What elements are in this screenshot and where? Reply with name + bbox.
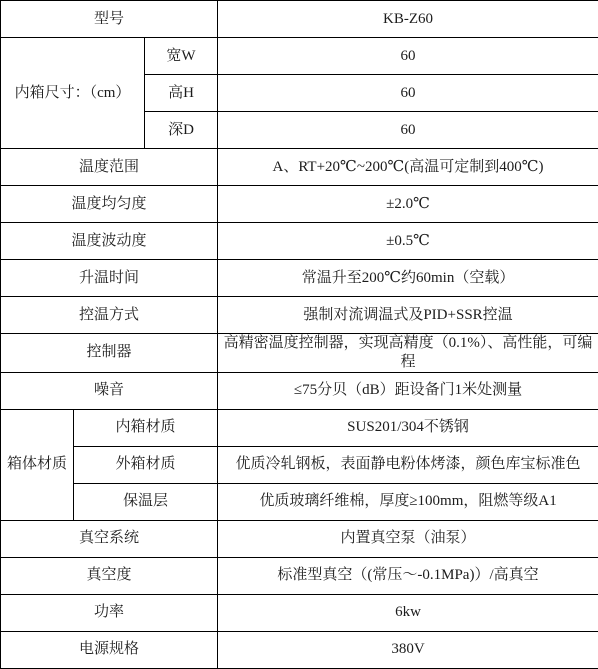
vacuum-degree-label: 真空度 bbox=[1, 557, 218, 594]
vacuum-system-label: 真空系统 bbox=[1, 520, 218, 557]
spec-row-outer-material: 外箱材质 优质冷轧钢板，表面静电粉体烤漆，颜色库宝标准色 bbox=[1, 446, 598, 483]
spec-table: 型号 KB-Z60 内箱尺寸：（cm） 宽W 60 高H 60 深D 60 温度… bbox=[0, 0, 598, 669]
vacuum-degree-value: 标准型真空（(常压～-0.1MPa)）/高真空 bbox=[218, 557, 598, 594]
model-value: KB-Z60 bbox=[218, 1, 598, 38]
temp-range-label: 温度范围 bbox=[1, 149, 218, 186]
spec-row-inner-material: 箱体材质 内箱材质 SUS201/304不锈钢 bbox=[1, 409, 598, 446]
dim-width-label: 宽W bbox=[145, 38, 218, 75]
inner-material-value: SUS201/304不锈钢 bbox=[218, 409, 598, 446]
controller-label: 控制器 bbox=[1, 334, 218, 373]
power-label: 功率 bbox=[1, 594, 218, 631]
temp-uniformity-value: ±2.0℃ bbox=[218, 186, 598, 223]
model-label: 型号 bbox=[1, 1, 218, 38]
spec-row-inner-size-width: 内箱尺寸：（cm） 宽W 60 bbox=[1, 38, 598, 75]
heatup-time-label: 升温时间 bbox=[1, 260, 218, 297]
body-material-label: 箱体材质 bbox=[1, 409, 74, 520]
spec-row-vacuum-degree: 真空度 标准型真空（(常压～-0.1MPa)）/高真空 bbox=[1, 557, 598, 594]
heatup-time-value: 常温升至200℃约60min（空载） bbox=[218, 260, 598, 297]
spec-row-heatup-time: 升温时间 常温升至200℃约60min（空载） bbox=[1, 260, 598, 297]
dim-width-value: 60 bbox=[218, 38, 598, 75]
temp-fluctuation-value: ±0.5℃ bbox=[218, 223, 598, 260]
spec-row-noise: 噪音 ≤75分贝（dB）距设备门1米处测量 bbox=[1, 372, 598, 409]
temp-fluctuation-label: 温度波动度 bbox=[1, 223, 218, 260]
outer-material-label: 外箱材质 bbox=[74, 446, 218, 483]
control-method-value: 强制对流调温式及PID+SSR控温 bbox=[218, 297, 598, 334]
insulation-label: 保温层 bbox=[74, 483, 218, 520]
dim-height-label: 高H bbox=[145, 75, 218, 112]
spec-row-controller: 控制器 高精密温度控制器，实现高精度（0.1%）、高性能，可编程 bbox=[1, 334, 598, 373]
power-supply-label: 电源规格 bbox=[1, 631, 218, 668]
spec-row-insulation: 保温层 优质玻璃纤维棉，厚度≥100mm，阻燃等级A1 bbox=[1, 483, 598, 520]
noise-label: 噪音 bbox=[1, 372, 218, 409]
dim-depth-label: 深D bbox=[145, 112, 218, 149]
product-spec-sheet: 型号 KB-Z60 内箱尺寸：（cm） 宽W 60 高H 60 深D 60 温度… bbox=[0, 0, 598, 667]
outer-material-value: 优质冷轧钢板，表面静电粉体烤漆，颜色库宝标准色 bbox=[218, 446, 598, 483]
power-supply-value: 380V bbox=[218, 631, 598, 668]
temp-range-value: A、RT+20℃~200℃(高温可定制到400℃) bbox=[218, 149, 598, 186]
control-method-label: 控温方式 bbox=[1, 297, 218, 334]
spec-row-temp-uniformity: 温度均匀度 ±2.0℃ bbox=[1, 186, 598, 223]
spec-row-vacuum-system: 真空系统 内置真空泵（油泵） bbox=[1, 520, 598, 557]
spec-row-power: 功率 6kw bbox=[1, 594, 598, 631]
noise-value: ≤75分贝（dB）距设备门1米处测量 bbox=[218, 372, 598, 409]
spec-row-temp-range: 温度范围 A、RT+20℃~200℃(高温可定制到400℃) bbox=[1, 149, 598, 186]
dim-height-value: 60 bbox=[218, 75, 598, 112]
inner-size-label: 内箱尺寸：（cm） bbox=[1, 38, 145, 149]
insulation-value: 优质玻璃纤维棉，厚度≥100mm，阻燃等级A1 bbox=[218, 483, 598, 520]
spec-row-control-method: 控温方式 强制对流调温式及PID+SSR控温 bbox=[1, 297, 598, 334]
spec-row-model: 型号 KB-Z60 bbox=[1, 1, 598, 38]
spec-row-power-supply: 电源规格 380V bbox=[1, 631, 598, 668]
temp-uniformity-label: 温度均匀度 bbox=[1, 186, 218, 223]
controller-value: 高精密温度控制器，实现高精度（0.1%）、高性能，可编程 bbox=[218, 334, 598, 373]
dim-depth-value: 60 bbox=[218, 112, 598, 149]
inner-material-label: 内箱材质 bbox=[74, 409, 218, 446]
vacuum-system-value: 内置真空泵（油泵） bbox=[218, 520, 598, 557]
power-value: 6kw bbox=[218, 594, 598, 631]
spec-row-temp-fluctuation: 温度波动度 ±0.5℃ bbox=[1, 223, 598, 260]
